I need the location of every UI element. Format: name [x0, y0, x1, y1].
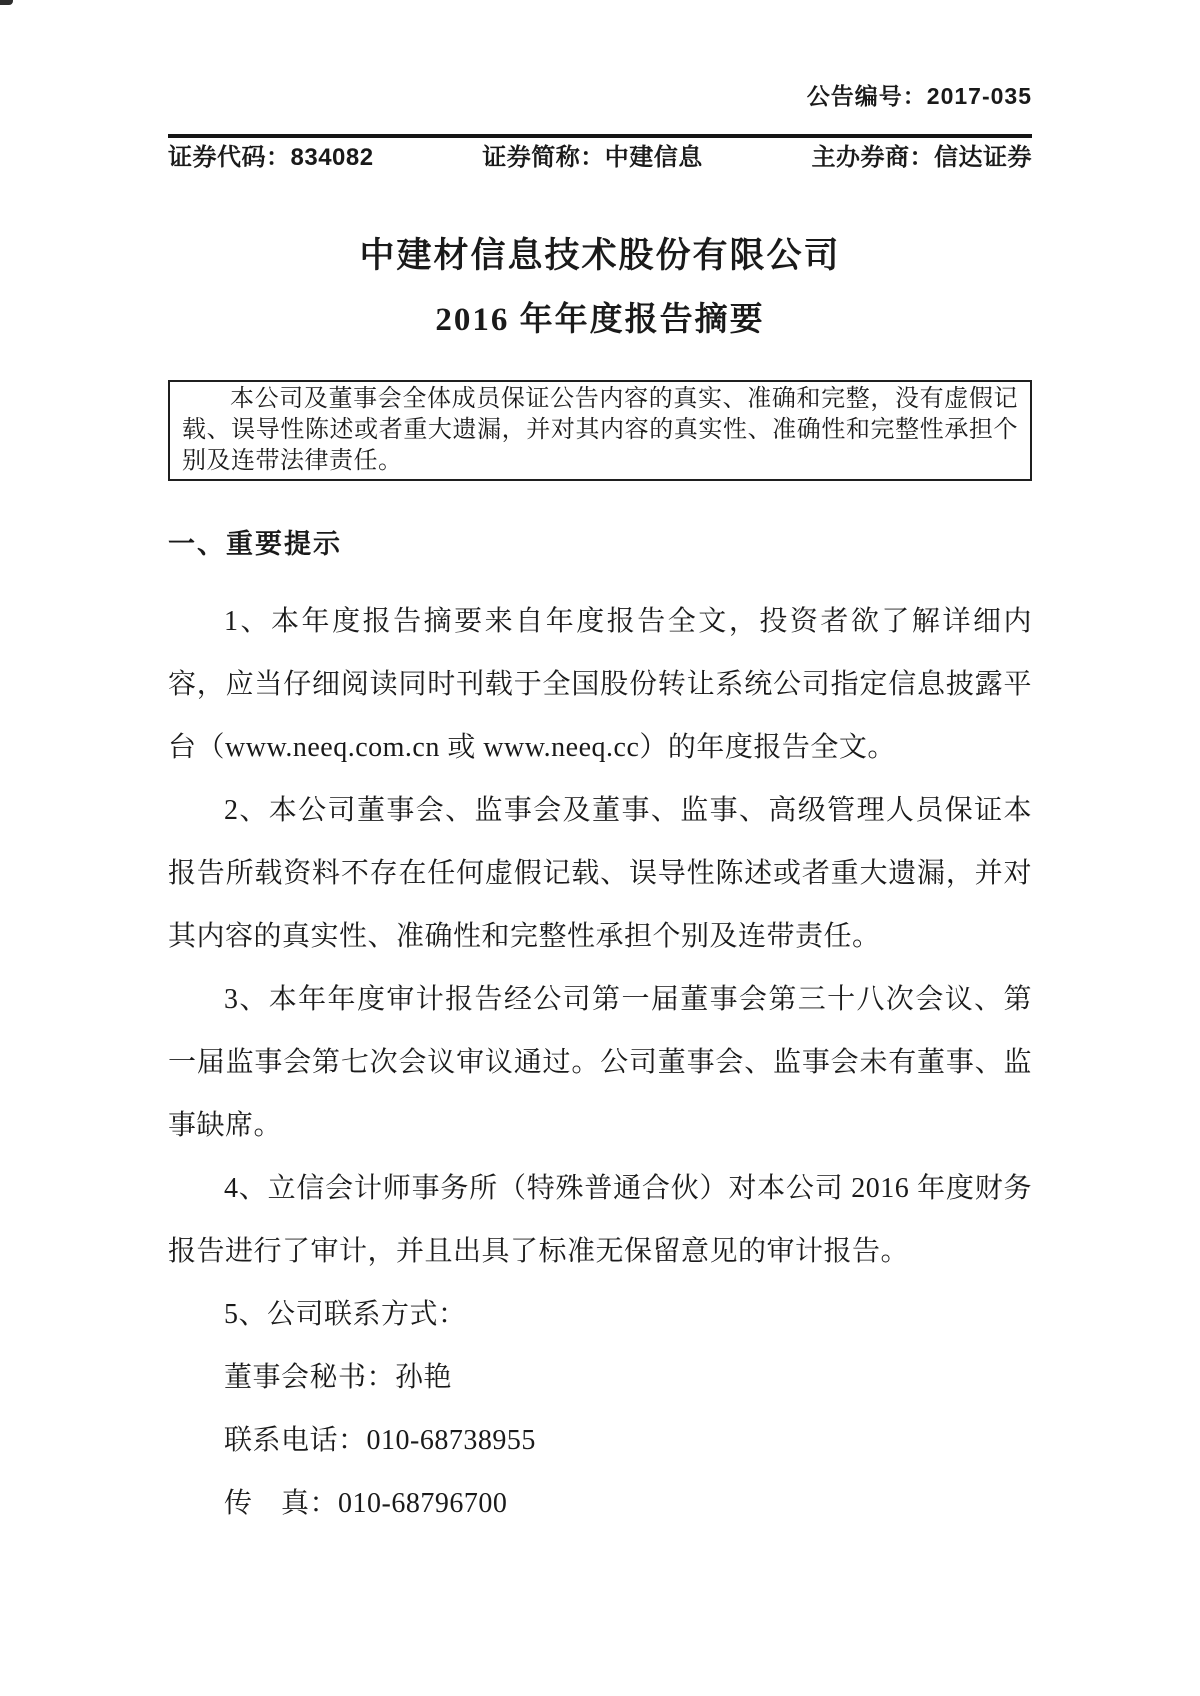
paragraph-1: 1、本年度报告摘要来自年度报告全文，投资者欲了解详细内容，应当仔细阅读同时刊载于…: [168, 590, 1032, 779]
paragraph-5-contact-heading: 5、公司联系方式：: [168, 1283, 1032, 1346]
contact-phone: 联系电话：010-68738955: [168, 1409, 1032, 1472]
report-title: 2016 年年度报告摘要: [168, 298, 1032, 342]
contact-fax: 传 真：010-68796700: [168, 1472, 1032, 1535]
paragraph-4: 4、立信会计师事务所（特殊普通合伙）对本公司 2016 年度财务报告进行了审计，…: [168, 1157, 1032, 1283]
document-page: 公告编号：2017-035 证券代码：834082 证券简称：中建信息 主办券商…: [0, 0, 1200, 1696]
section-body: 1、本年度报告摘要来自年度报告全文，投资者欲了解详细内容，应当仔细阅读同时刊载于…: [168, 590, 1032, 1535]
section-heading: 一、重要提示: [168, 528, 1032, 560]
disclaimer-box: 本公司及董事会全体成员保证公告内容的真实、准确和完整，没有虚假记载、误导性陈述或…: [168, 380, 1032, 481]
stock-code: 证券代码：834082: [168, 144, 374, 172]
announcement-number: 公告编号：2017-035: [168, 0, 1032, 110]
scan-artifact: [0, 0, 13, 5]
securities-info-row: 证券代码：834082 证券简称：中建信息 主办券商：信达证券: [168, 144, 1032, 172]
header-rule: [168, 134, 1032, 138]
document-content: 公告编号：2017-035 证券代码：834082 证券简称：中建信息 主办券商…: [0, 0, 1200, 1535]
company-title: 中建材信息技术股份有限公司: [168, 234, 1032, 278]
stock-short-name: 证券简称：中建信息: [482, 144, 703, 172]
paragraph-2: 2、本公司董事会、监事会及董事、监事、高级管理人员保证本报告所载资料不存在任何虚…: [168, 779, 1032, 968]
contact-board-secretary: 董事会秘书：孙艳: [168, 1346, 1032, 1409]
sponsor-broker: 主办券商：信达证券: [812, 144, 1033, 172]
paragraph-3: 3、本年年度审计报告经公司第一届董事会第三十八次会议、第一届监事会第七次会议审议…: [168, 968, 1032, 1157]
